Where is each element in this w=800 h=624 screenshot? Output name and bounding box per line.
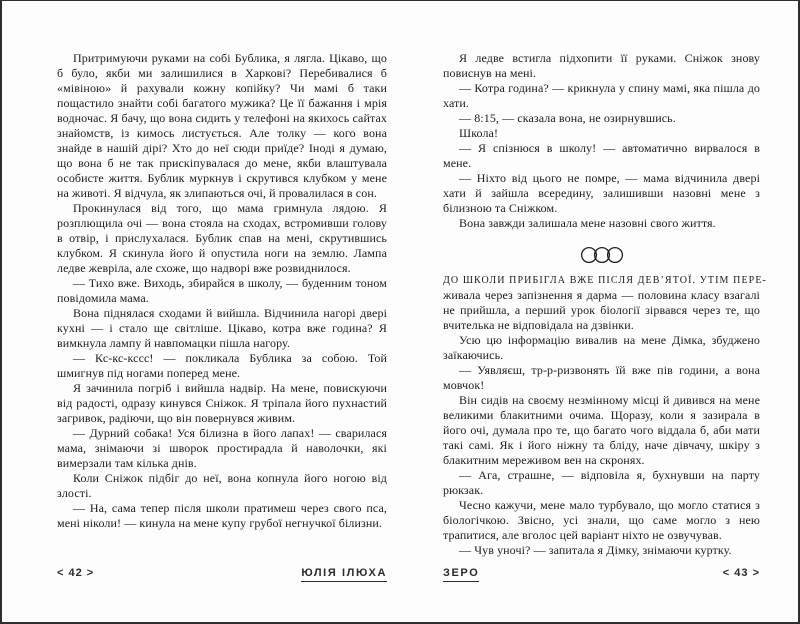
paragraph: — Я спізнюся в школу! — автоматично вирв…: [443, 141, 760, 171]
paragraph: — Чув уночі? — запитала я Дімку, знімаюч…: [443, 543, 760, 558]
paragraph: Чесно кажучи, мене мало турбувало, що мо…: [443, 498, 760, 543]
paragraph: — Ніхто від цього не помре, — мама відчи…: [443, 171, 760, 216]
paragraph: Я зачинила погріб і вийшла надвір. На ме…: [57, 381, 387, 426]
paragraph: Усю цю інформацію вивалив на мене Дімка,…: [443, 333, 760, 363]
page-number-right: < 43 >: [723, 567, 760, 579]
three-linked-rings-icon: [580, 246, 624, 264]
right-page-text-top: Я ледве встигла підхопити її руками. Сні…: [443, 51, 760, 231]
paragraph: Вона завжди залишала мене назовні свого …: [443, 216, 760, 231]
paragraph: — 8:15, — сказала вона, не озирнувшись.: [443, 111, 760, 126]
page-number-left: < 42 >: [57, 567, 94, 579]
section-opening-caps: ДО ШКОЛИ ПРИБІГЛА ВЖЕ ПІСЛЯ ДЕВ’ЯТОЇ. УТ…: [443, 273, 760, 288]
paragraph: Школа!: [443, 126, 760, 141]
running-title-author: ЮЛІЯ ІЛЮХА: [301, 567, 387, 582]
paragraph: — Дурний собака! Уся білизна в його лапа…: [57, 426, 387, 471]
left-page-footer: < 42 > ЮЛІЯ ІЛЮХА: [57, 567, 387, 582]
book-spread: Притримуючи руками на собі Бублика, я ля…: [0, 0, 800, 624]
paragraph: Я ледве встигла підхопити її руками. Сні…: [443, 51, 760, 81]
paragraph: — Тихо вже. Виходь, збирайся в школу, — …: [57, 276, 387, 306]
paragraph: — Ага, страшне, — відповіла я, бухнувши …: [443, 468, 760, 498]
paragraph: Прокинулася від того, що мама гримнула л…: [57, 201, 387, 276]
left-page: Притримуючи руками на собі Бублика, я ля…: [57, 51, 387, 596]
paragraph: Він сидів на своєму незмінному місці й д…: [443, 393, 760, 468]
paragraph: — На, сама тепер після школи пратимеш че…: [57, 501, 387, 531]
paragraph: живала через запізнення я дарма — полови…: [443, 288, 760, 333]
right-page-text-bottom: Усю цю інформацію вивалив на мене Дімка,…: [443, 333, 760, 558]
right-page: Я ледве встигла підхопити її руками. Сні…: [443, 51, 760, 596]
running-title-book: ЗЕРО: [443, 567, 479, 582]
left-page-text: Притримуючи руками на собі Бублика, я ля…: [57, 51, 387, 531]
right-page-footer: ЗЕРО < 43 >: [443, 567, 760, 582]
paragraph: Вона піднялася сходами й вийшла. Відчини…: [57, 306, 387, 351]
paragraph: — Уявляєш, тр-р-ризвонять їй вже пів год…: [443, 363, 760, 393]
section-divider: [443, 246, 760, 264]
paragraph: — Кс-кс-кссс! — покликала Бублика за соб…: [57, 351, 387, 381]
paragraph: Коли Сніжок підбіг до неї, вона копнула …: [57, 471, 387, 501]
paragraph: Притримуючи руками на собі Бублика, я ля…: [57, 51, 387, 201]
section-opening: ДО ШКОЛИ ПРИБІГЛА ВЖЕ ПІСЛЯ ДЕВ’ЯТОЇ. УТ…: [443, 273, 760, 333]
paragraph: — Котра година? — крикнула у спину мамі,…: [443, 81, 760, 111]
